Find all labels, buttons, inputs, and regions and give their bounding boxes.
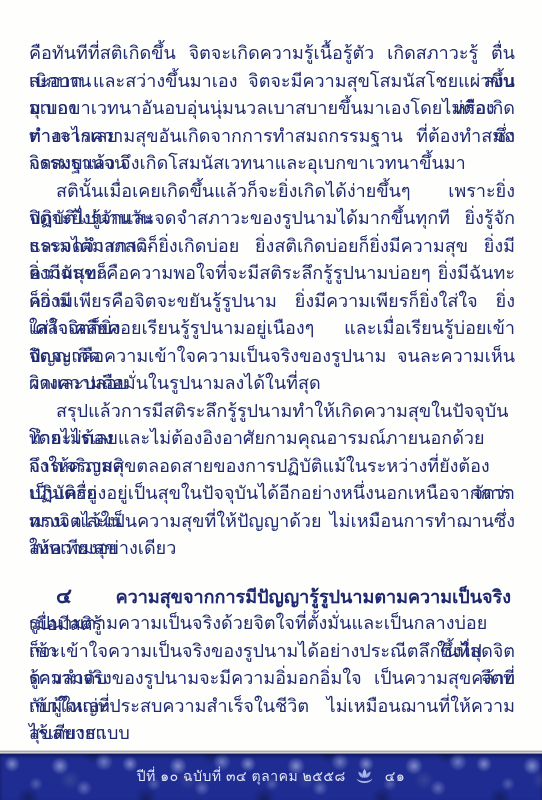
paragraph: สตินั้นเมื่อเคยเกิดขึ้นแล้วก็จะยิ่งเกิดไ… <box>29 178 515 398</box>
text-line: จึงให้ความสุขตลอดสายของการปฏิบัติแม้ในระ… <box>29 453 515 481</box>
text-line: ไร้เดียงสา <box>29 720 515 748</box>
text-line: ต่างจากความสุขอันเกิดจากการทำสมถกรรมฐาน … <box>29 123 515 151</box>
text-line: ก็จะเข้าใจความเป็นจริงของรูปนามได้อย่างป… <box>29 638 515 666</box>
paragraph: ๔ ความสุขจากการมีปัญญารู้รูปนามตามความเป… <box>29 583 515 748</box>
text-line: ปัญญาคือความเข้าใจความเป็นจริงของรูปนาม … <box>29 343 515 371</box>
text-line: สงบเพียงอย่างเดียว <box>29 535 515 563</box>
text-line: เป็นเครื่องอยู่เป็นสุขในปัจจุบันได้อีกอย… <box>29 480 515 508</box>
text-line: สตินั้นเมื่อเคยเกิดขึ้นแล้วก็จะยิ่งเกิดไ… <box>29 178 515 206</box>
text-line: สะอาด และสว่างขึ้นมาเอง จิตจะมีความสุขโส… <box>29 68 515 96</box>
text-line: วางความถือมั่นในรูปนามลงได้ในที่สุด <box>29 370 515 398</box>
section-heading-text: ความสุขจากการมีปัญญารู้รูปนามตามความเป็น… <box>116 587 511 607</box>
text-line: สรุปแล้วการมีสติระลึกรู้รูปนามทำให้เกิดค… <box>29 398 515 426</box>
text-line: ความเพียรคือจิตจะขยันรู้รูปนาม ยิ่งมีควา… <box>29 288 515 316</box>
text-line: เคล้าเคลียคอยเรียนรู้รูปนามอยู่เนืองๆ แล… <box>29 315 515 343</box>
text-line: รูปนามตามความเป็นจริงด้วยจิตใจที่ตั้งมั่… <box>29 610 515 638</box>
text-line: ฌาน และเป็นความสุขที่ให้ปัญญาด้วย ไม่เหม… <box>29 508 515 536</box>
body-text: คือทันทีที่สติเกิดขึ้น จิตจะเกิดความรู้เ… <box>29 40 515 748</box>
text-line: ธรรมได้มากสติก็ยิ่งเกิดบ่อย ยิ่งสติเกิดบ… <box>29 233 515 261</box>
paragraph: สรุปแล้วการมีสติระลึกรู้รูปนามทำให้เกิดค… <box>29 398 515 563</box>
paragraph: คือทันทีที่สติเกิดขึ้น จิตจะเกิดความรู้เ… <box>29 40 515 178</box>
footer-pattern-band: ปีที่ ๑๐ ฉบับที่ ๓๔ ตุลาคม ๒๕๕๘ ๔๑ <box>0 754 542 800</box>
section-number: ๔ <box>56 585 72 608</box>
text-line: ยิ่งมีฉันทะคือความพอใจที่จะมีสติระลึกรู้… <box>29 260 515 288</box>
text-line: ๔ ความสุขจากการมีปัญญารู้รูปนามตามความเป… <box>29 583 515 611</box>
text-line: เข้าใจและประสบความสำเร็จในชีวิต ไม่เหมือ… <box>29 693 515 721</box>
text-line: รู้ความจริงของรูปนามจะมีความอิ่มอกอิ่มใจ… <box>29 665 515 693</box>
lotus-icon <box>355 769 374 786</box>
text-line: ทำอะไรเลยและไม่ต้องอิงอาศัยกามคุณอารมณ์ภ… <box>29 425 515 453</box>
text-line: อุเบกขาเวทนาอันอบอุ่นนุ่มนวลเบาสบายขึ้นม… <box>29 95 515 123</box>
text-line: จิตจะยิ่งรู้จักและจดจำสภาวะของรูปนามได้ม… <box>29 205 515 233</box>
scanned-book-page: คือทันทีที่สติเกิดขึ้น จิตจะเกิดความรู้เ… <box>0 0 542 800</box>
footer-page-number: ๔๑ <box>385 766 405 788</box>
text-line: คือทันทีที่สติเกิดขึ้น จิตจะเกิดความรู้เ… <box>29 40 515 68</box>
footer-issue-text: ปีที่ ๑๐ ฉบับที่ ๓๔ ตุลาคม ๒๕๕๘ <box>137 766 346 788</box>
text-line: จิตสงบแล้ว จึงเกิดโสมนัสเวทนาและอุเบกขาเ… <box>29 150 515 178</box>
footer-band: ปีที่ ๑๐ ฉบับที่ ๓๔ ตุลาคม ๒๕๕๘ ๔๑ <box>0 750 542 800</box>
